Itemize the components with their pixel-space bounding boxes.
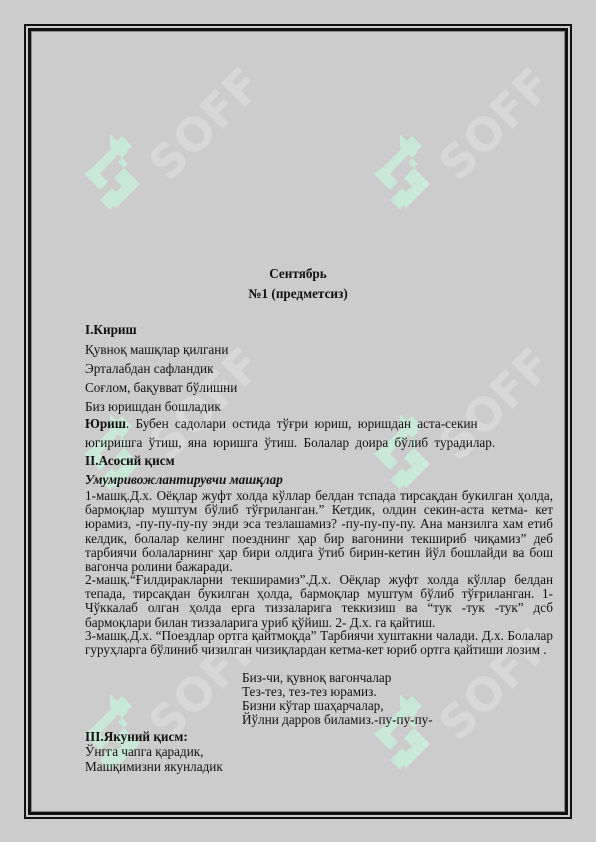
lesson-title: №1 (предметсиз) — [0, 286, 596, 302]
intro-line: Эрталабдан сафландик — [85, 361, 214, 377]
poem-line: Йўлни дарров биламиз.-пу-пу-пу- — [242, 713, 433, 727]
exercise-1: 1-машқ.Д.х. Оёқлар жуфт холда кўллар бел… — [85, 489, 553, 574]
main-heading: II.Асосий қисм — [85, 453, 175, 469]
walk-paragraph-line-1: Юриш. Бубен садолари остида тўғри юриш, … — [85, 416, 478, 432]
final-line: Машқимизни якунладик — [85, 759, 223, 775]
intro-line: Қувноқ машқлар қилгани — [85, 342, 228, 358]
final-heading: III.Якуний қисм: — [85, 729, 188, 745]
walk-paragraph-line-2: югиришга ўтиш, яна юришга ўтиш. Болалар … — [85, 435, 495, 451]
exercise-3: 3-машқ.Д.х. “Поездлар ортга қайтмоқда” Т… — [85, 629, 553, 657]
walk-label: Юриш — [85, 416, 126, 431]
intro-line: Соғлом, бақувват бўлишни — [85, 380, 237, 396]
final-line: Ўнгга чапга қарадик, — [85, 744, 203, 760]
main-subheading: Умумривожлантирувчи машқлар — [85, 472, 283, 488]
intro-line: Биз юришдан бошладик — [85, 399, 221, 415]
intro-heading: I.Кириш — [85, 322, 137, 338]
month-title: Сентябрь — [0, 266, 596, 282]
exercise-2: 2-машқ.“Ғилдиракларни текширамиз”.Д.х. О… — [85, 573, 553, 630]
